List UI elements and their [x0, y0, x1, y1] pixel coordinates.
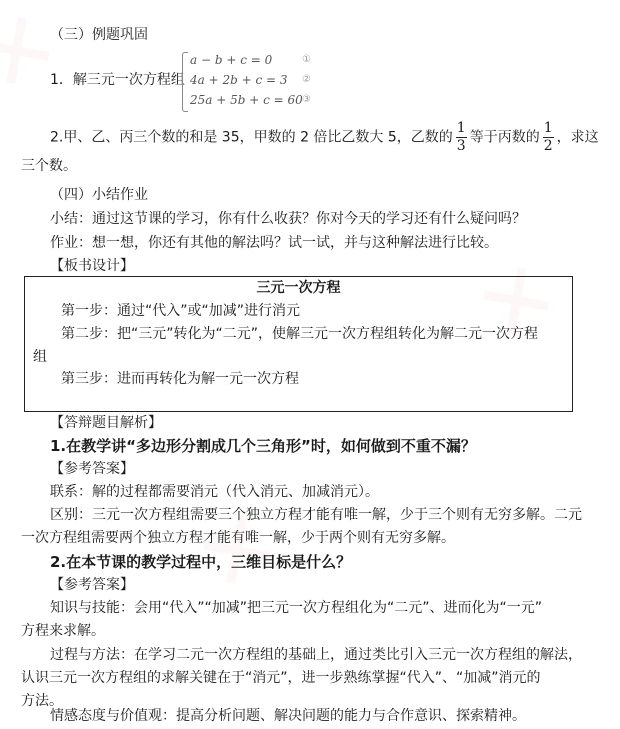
q2-part3: ，求这	[557, 130, 599, 146]
board-step2-cont: 组	[33, 348, 47, 366]
section4-heading: （四）小结作业	[50, 186, 148, 204]
defense-q1-diff-cont: 一次方程组需要两个独立方程才能有唯一解，少于两个则有无穷多解。	[21, 529, 455, 547]
q2-line: 2.甲、乙、丙三个数的和是 35，甲数的 2 倍比乙数大 5，乙数的13等于丙数…	[50, 120, 599, 155]
frac1-num: 1	[456, 120, 467, 138]
equation-system: a − b + c = 0 ① 4a + 2b + c = 3 ② 25a + …	[182, 50, 322, 112]
board-step3: 第三步：进而再转化为解一元一次方程	[61, 370, 299, 388]
board-step2: 第二步：把“三元”转化为“二元”，使解三元一次方程组转化为解二元一次方程	[61, 325, 538, 343]
q2-cont: 三个数。	[21, 157, 77, 175]
defense-q2-process-cont1: 认识三元一次方程组的求解关键在于“消元”，进一步熟练掌握“代入”、“加减”消元的	[21, 669, 541, 687]
fraction-one-half: 12	[543, 120, 554, 155]
defense-q2-emotion: 情感态度与价值观：提高分析问题、解决问题的能力与合作意识、探索精神。	[50, 707, 526, 725]
equation-2-num: ②	[302, 73, 311, 87]
defense-q1-answer-label: 【参考答案】	[50, 460, 134, 478]
equation-1: a − b + c = 0	[190, 53, 272, 67]
board-title: 三元一次方程	[25, 279, 572, 297]
summary-text: 小结：通过这节课的学习，你有什么收获？你对今天的学习还有什么疑问吗？	[50, 210, 526, 228]
frac2-num: 1	[543, 120, 554, 138]
q2-part1: 2.甲、乙、丙三个数的和是 35，甲数的 2 倍比乙数大 5，乙数的	[50, 130, 453, 146]
board-heading: 【板书设计】	[50, 257, 134, 275]
defense-q1: 1.在教学讲“多边形分割成几个三角形”时，如何做到不重不漏？	[50, 437, 476, 455]
equation-3-num: ③	[302, 93, 311, 107]
defense-q2-answer-label: 【参考答案】	[50, 576, 134, 594]
equation-3: 25a + 5b + c = 60	[190, 93, 303, 107]
q1-label: 1．解三元一次方程组	[50, 71, 185, 89]
fraction-one-third: 13	[456, 120, 467, 155]
equation-1-num: ①	[302, 53, 311, 67]
frac2-den: 2	[543, 138, 554, 155]
defense-q1-diff: 区别：三元一次方程组需要三个独立方程才能有唯一解，少于三个则有无穷多解。二元	[50, 506, 582, 524]
defense-q1-link: 联系：解的过程都需要消元（代入消元、加减消元）。	[50, 483, 379, 501]
defense-q2-process: 过程与方法：在学习二元一次方程组的基础上，通过类比引入三元一次方程组的解法，	[50, 646, 582, 664]
defense-q2-knowledge-cont: 方程来求解。	[21, 622, 105, 640]
section3-heading: （三）例题巩固	[50, 26, 148, 44]
q2-part2: 等于丙数的	[470, 130, 540, 146]
homework-text: 作业：想一想，你还有其他的解法吗？试一试，并与这种解法进行比较。	[50, 234, 498, 252]
defense-q2-knowledge: 知识与技能：会用“代入”“加减”把三元一次方程组化为“二元”、进而化为“一元”	[50, 599, 542, 617]
equation-2: 4a + 2b + c = 3	[190, 73, 288, 87]
defense-q2: 2.在本节课的教学过程中，三维目标是什么？	[50, 553, 351, 571]
defense-heading: 【答辩题目解析】	[50, 414, 162, 432]
board-step1: 第一步：通过“代入”或“加减”进行消元	[61, 302, 300, 320]
brace-icon	[182, 52, 188, 112]
watermark: ✕	[0, 0, 79, 117]
frac1-den: 3	[456, 138, 467, 155]
board-box: 三元一次方程 第一步：通过“代入”或“加减”进行消元 第二步：把“三元”转化为“…	[24, 276, 573, 412]
